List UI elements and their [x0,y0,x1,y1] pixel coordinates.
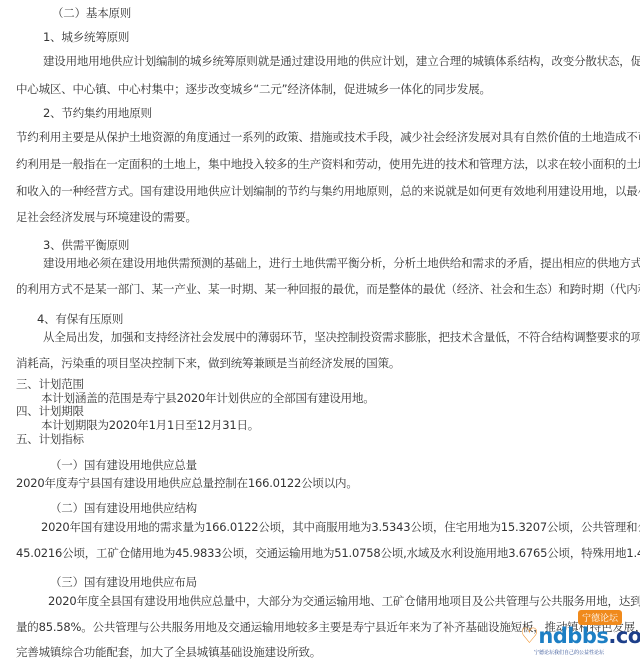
watermark-subtitle: 宁德论坛我们自己的公益性论坛 [534,649,604,656]
subsection-2-line-2: 45.0216公顷，工矿仓储用地为45.9833公顷，交通运输用地为51.075… [16,546,640,560]
section-4-heading: 四、计划期限 [16,404,84,418]
watermark-logo: ♡ndbbs.com [520,624,640,648]
subsection-3-line-3: 完善城镇综合功能配套，加大了全县城镇基础设施建设所致。 [16,645,321,659]
principle-4-line-1: 从全局出发，加强和支持经济社会发展中的薄弱环节，坚决控制投资需求膨胀，把技术含量… [43,330,640,344]
principle-2-line-3: 和收入的一种经营方式。国有建设用地供应计划编制的节约与集约用地原则，总的来说就是… [16,184,640,198]
section-3-heading: 三、计划范围 [16,377,84,391]
principle-1-heading: 1、城乡统筹原则 [43,30,129,44]
heart-icon: ♡ [520,624,538,648]
principle-4-line-2: 消耗高，污染重的项目坚决控制下来，做到统筹兼顾是当前经济发展的国策。 [16,356,400,370]
principle-4-heading: 4、有保有压原则 [37,312,123,326]
watermark-logo-tld: .com [608,624,640,648]
subsection-1-heading: （一）国有建设用地供应总量 [50,458,197,472]
watermark-badge: 宁德论坛 [578,610,622,625]
section-5-heading: 五、计划指标 [16,432,84,446]
principle-2-line-1: 节约利用主要是从保护土地资源的角度通过一系列的政策、措施或技术手段，减少社会经济… [16,130,640,144]
subsection-2-line-1: 2020年国有建设用地的需求量为166.0122公顷，其中商服用地为3.5343… [41,520,640,534]
subsection-1-text: 2020年度寿宁县国有建设用地供应总量控制在166.0122公顷以内。 [16,476,358,490]
principle-1-line-1: 建设用地用地供应计划编制的城乡统筹原则就是通过建设用地的供应计划，建立合理的城镇… [43,54,640,68]
section-3-text: 本计划涵盖的范围是寿宁县2020年计划供应的全部国有建设用地。 [41,391,375,405]
principle-2-line-4: 足社会经济发展与环境建设的需要。 [16,210,197,224]
principle-3-line-2: 的利用方式不是某一部门、某一产业、某一时期、某一种回报的最优，而是整体的最优（经… [16,282,640,296]
principle-3-line-1: 建设用地必须在建设用地供需预测的基础上，进行土地供需平衡分析，分析土地供给和需求… [43,256,640,270]
principle-1-line-2: 中心城区、中心镇、中心村集中；逐步改变城乡“二元”经济体制，促进城乡一体化的同步… [16,82,491,96]
principle-3-heading: 3、供需平衡原则 [43,238,129,252]
ndbbs-watermark: 宁德论坛 ♡ndbbs.com 宁德论坛我们自己的公益性论坛 [520,610,638,660]
subsection-3-line-1: 2020年度全县国有建设用地供应总量中，大部分为交通运输用地、工矿仓储用地项目及… [48,594,640,608]
watermark-logo-name: ndbbs [538,624,608,648]
subsection-3-heading: （三）国有建设用地供应布局 [50,575,197,589]
section-4-text: 本计划期限为2020年1月1日至12月31日。 [41,418,259,432]
subsection-2-heading: （二）国有建设用地供应结构 [50,501,197,515]
principle-2-line-2: 约利用是一般指在一定面积的土地上，集中地投入较多的生产资料和劳动，使用先进的技术… [16,157,640,171]
section-heading-basic-principles: （二）基本原则 [52,6,131,20]
principle-2-heading: 2、节约集约用地原则 [43,106,152,120]
